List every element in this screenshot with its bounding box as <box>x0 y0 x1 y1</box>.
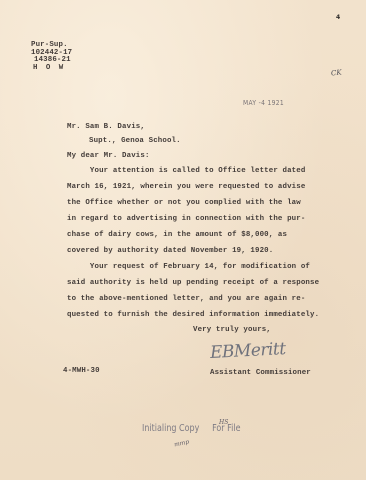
date-stamp: MAY -4 1921 <box>243 99 284 107</box>
body-line: March 16, 1921, wherein you were request… <box>67 184 305 191</box>
body-line: to the above-mentioned letter, and you a… <box>67 296 305 303</box>
reference-block: Pur-Sup. 102442-17 14386-21 H O W <box>31 42 72 72</box>
body-line: Your attention is called to Office lette… <box>67 168 305 175</box>
margin-initials: CK <box>331 68 342 77</box>
stamp-handwritten-initials-below: mmp <box>173 438 189 448</box>
signer-title: Assistant Commissioner <box>210 370 311 377</box>
letter-page: 4 Pur-Sup. 102442-17 14386-21 H O W CK M… <box>0 0 366 480</box>
body-line: covered by authority dated November 19, … <box>67 248 273 255</box>
body-line: chase of dairy cows, in the amount of $8… <box>67 232 287 239</box>
body-line: said authority is held up pending receip… <box>67 280 319 287</box>
body-line: Your request of February 14, for modific… <box>67 264 310 271</box>
addressee-name: Mr. Sam B. Davis, <box>67 124 145 131</box>
body-line: the Office whether or not you complied w… <box>67 200 301 207</box>
typist-reference: 4-MWH-30 <box>63 368 100 375</box>
closing: Very truly yours, <box>193 327 271 334</box>
page-number: 4 <box>336 14 340 21</box>
file-stamp-left: Initialing Copy <box>142 423 199 434</box>
body-line: in regard to advertising in connection w… <box>67 216 305 223</box>
stamp-handwritten-initials: HS <box>219 419 228 426</box>
body-line: quested to furnish the desired informati… <box>67 312 319 319</box>
signature: EBMeritt <box>210 339 287 363</box>
salutation: My dear Mr. Davis: <box>67 153 150 160</box>
addressee-title: Supt., Genoa School. <box>89 138 181 145</box>
reference-line: H O W <box>31 65 72 73</box>
